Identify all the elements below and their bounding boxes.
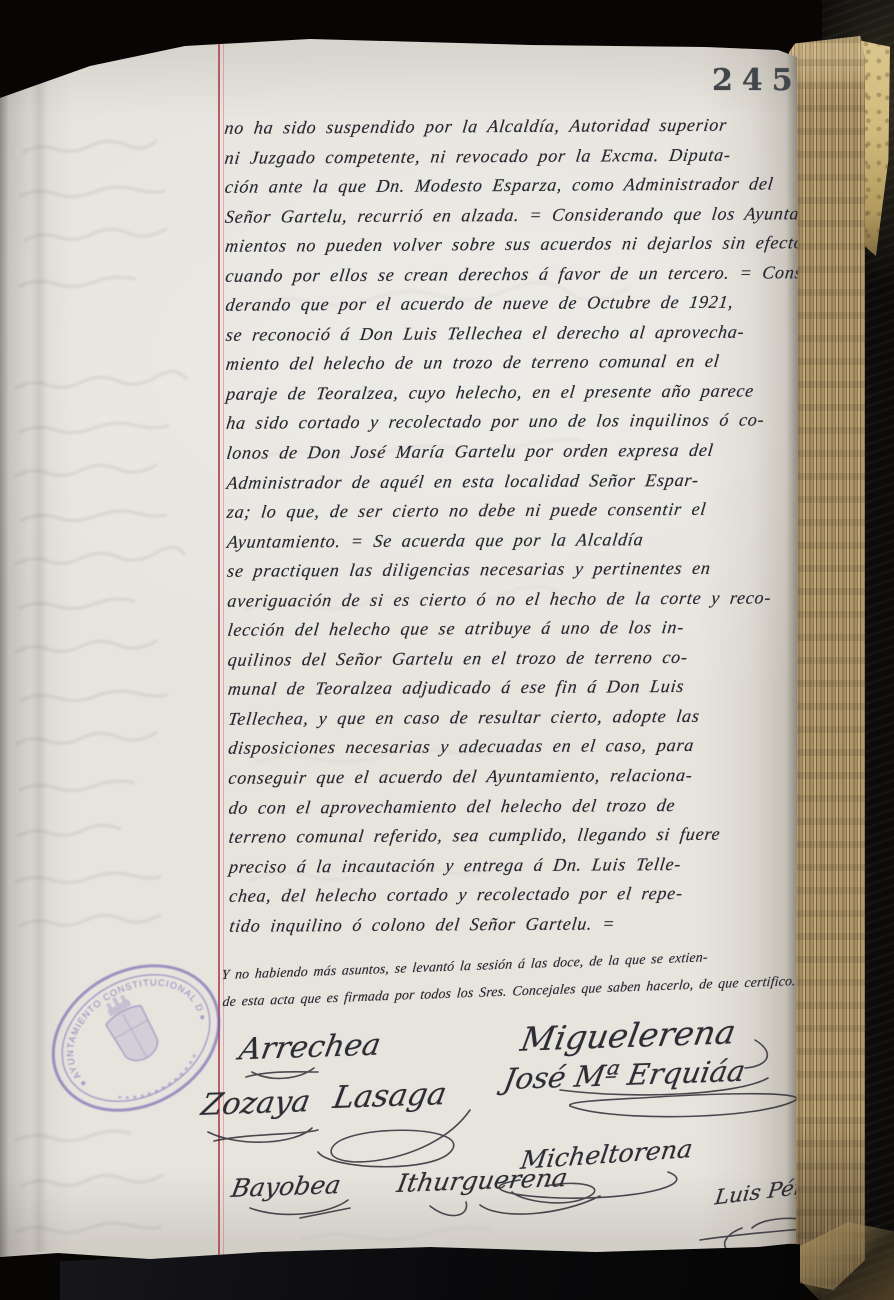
manuscript-line: ni Juzgado competente, ni revocado por l… xyxy=(223,140,802,173)
manuscript-line: cuando por ellos se crean derechos á fav… xyxy=(224,258,803,291)
gutter-crease xyxy=(30,56,48,1252)
manuscript-line: za; lo que, de ser cierto no debe ni pue… xyxy=(225,494,804,527)
scanned-minute-book-photo: 245 AYUNTAMIENTO CONSTITUCIONAL DE xyxy=(0,0,894,1300)
manuscript-page: 245 AYUNTAMIENTO CONSTITUCIONAL DE xyxy=(0,0,894,1300)
manuscript-line: preciso á la incautación y entrega á Dn.… xyxy=(227,849,806,882)
manuscript-line: mientos no pueden volver sobre sus acuer… xyxy=(224,228,803,261)
signature-ithurguerena: Ithurguerena xyxy=(395,1163,570,1198)
manuscript-line: conseguir que el acuerdo del Ayuntamient… xyxy=(227,760,806,793)
signature-arrechea: Arrechea xyxy=(236,1028,383,1068)
manuscript-line: averiguación de si es cierto ó no el hec… xyxy=(226,583,805,616)
manuscript-line: se practiquen las diligencias necesarias… xyxy=(226,553,805,586)
manuscript-line: tido inquilino ó colono del Señor Gartel… xyxy=(228,908,807,941)
manuscript-line: do con el aprovechamiento del helecho de… xyxy=(227,790,806,823)
manuscript-line: ha sido cortado y recolectado por uno de… xyxy=(225,406,804,439)
manuscript-line: miento del helecho de un trozo de terren… xyxy=(224,347,803,380)
manuscript-line: Ayuntamiento. = Se acuerda que por la Al… xyxy=(225,524,804,557)
signature-zozaya: Zozaya xyxy=(199,1084,313,1123)
manuscript-line: Administrador de aquél en esta localidad… xyxy=(225,465,804,498)
manuscript-line: lonos de Don José María Gartelu por orde… xyxy=(225,435,804,468)
manuscript-line: chea, del helecho cortado y recolectado … xyxy=(228,878,807,911)
page-number: 245 xyxy=(712,66,802,96)
manuscript-line: quilinos del Señor Gartelu en el trozo d… xyxy=(226,642,805,675)
page-edges xyxy=(789,36,865,1290)
manuscript-line: no ha sido suspendido por la Alcaldía, A… xyxy=(223,110,802,143)
manuscript-line: lección del helecho que se atribuye á un… xyxy=(226,613,805,646)
manuscript-line: munal de Teoralzea adjudicado á ese fin … xyxy=(226,672,805,705)
manuscript-line: disposiciones necesarias y adecuadas en … xyxy=(227,731,806,764)
manuscript-line: ción ante la que Dn. Modesto Esparza, co… xyxy=(223,169,802,202)
manuscript-line: Señor Gartelu, recurrió en alzada. = Con… xyxy=(223,199,802,232)
manuscript-line: paraje de Teoralzea, cuyo helecho, en el… xyxy=(224,376,803,409)
signature-lasaga: Lasaga xyxy=(330,1076,449,1116)
signature-miguelerena: Miguelerena xyxy=(518,1012,739,1058)
manuscript-line: terreno comunal referido, sea cumplido, … xyxy=(227,819,806,852)
manuscript-text: no ha sido suspendido por la Alcaldía, A… xyxy=(224,110,805,941)
manuscript-line: Tellechea, y que en caso de resultar cie… xyxy=(226,701,805,734)
signature-bayobea: Bayobea xyxy=(229,1170,343,1203)
manuscript-line: se reconoció á Don Luis Tellechea el der… xyxy=(224,317,803,350)
manuscript-line: derando que por el acuerdo de nueve de O… xyxy=(224,288,803,321)
